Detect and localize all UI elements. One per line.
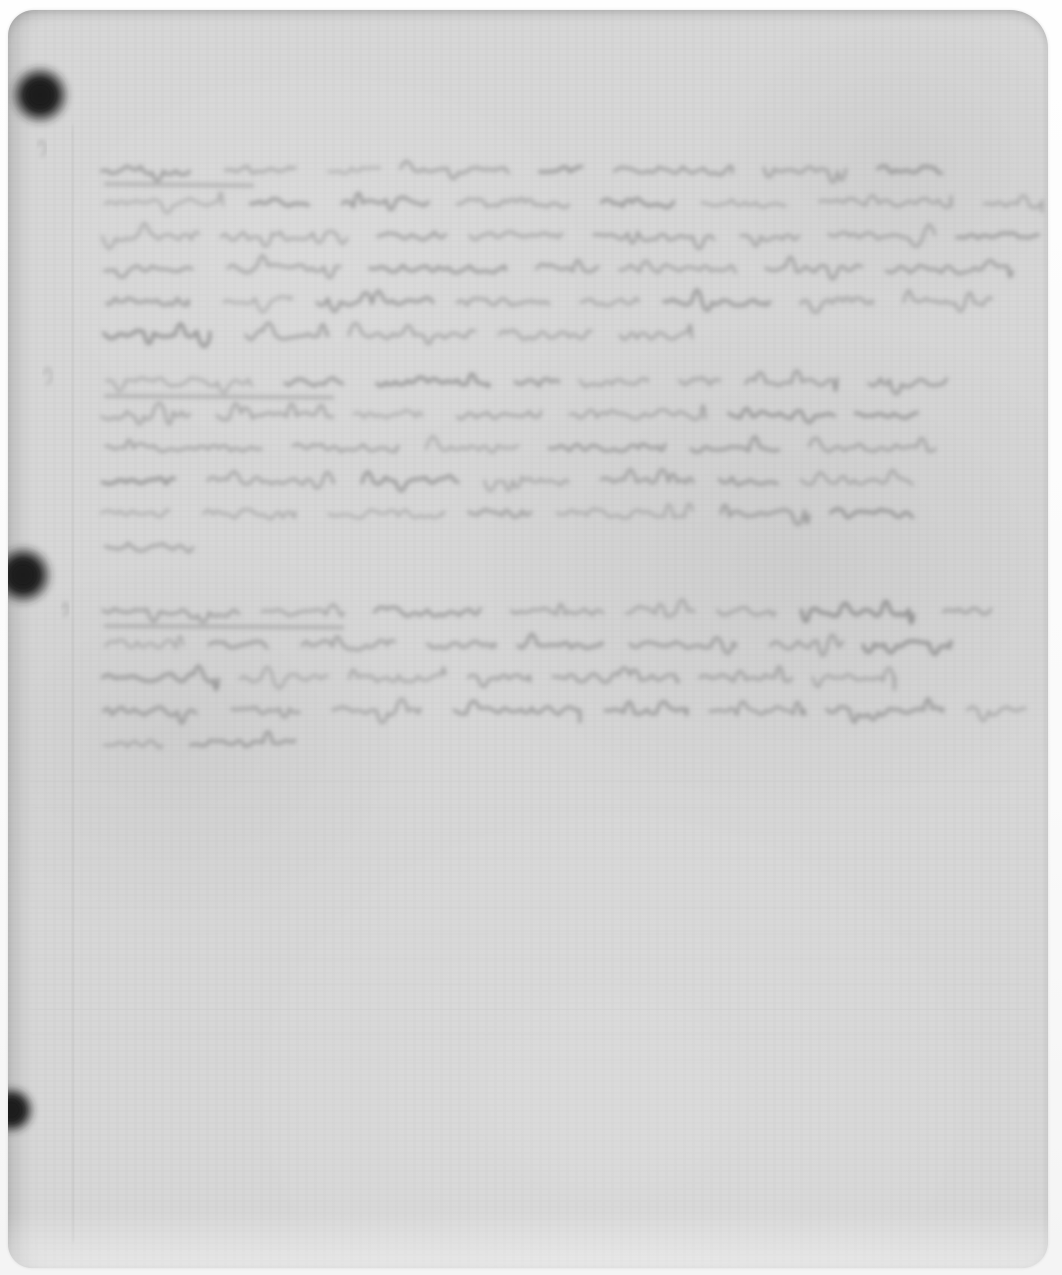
notebook-page (8, 10, 1048, 1268)
margin-marks (38, 141, 68, 615)
handwriting-paragraph-1 (102, 161, 1043, 346)
margin-line (72, 125, 74, 1242)
page-marks-layer (8, 10, 1048, 1268)
handwriting-paragraph-2 (101, 370, 947, 551)
scan-background (0, 0, 1062, 1275)
handwriting-layer (101, 161, 1042, 748)
hole-middle (8, 545, 53, 606)
hole-bottom (8, 1085, 36, 1134)
handwriting-paragraph-3 (103, 600, 1026, 748)
faint-ruled-lines (30, 781, 1030, 1060)
hole-punches (8, 65, 70, 1135)
hole-top (10, 65, 71, 126)
